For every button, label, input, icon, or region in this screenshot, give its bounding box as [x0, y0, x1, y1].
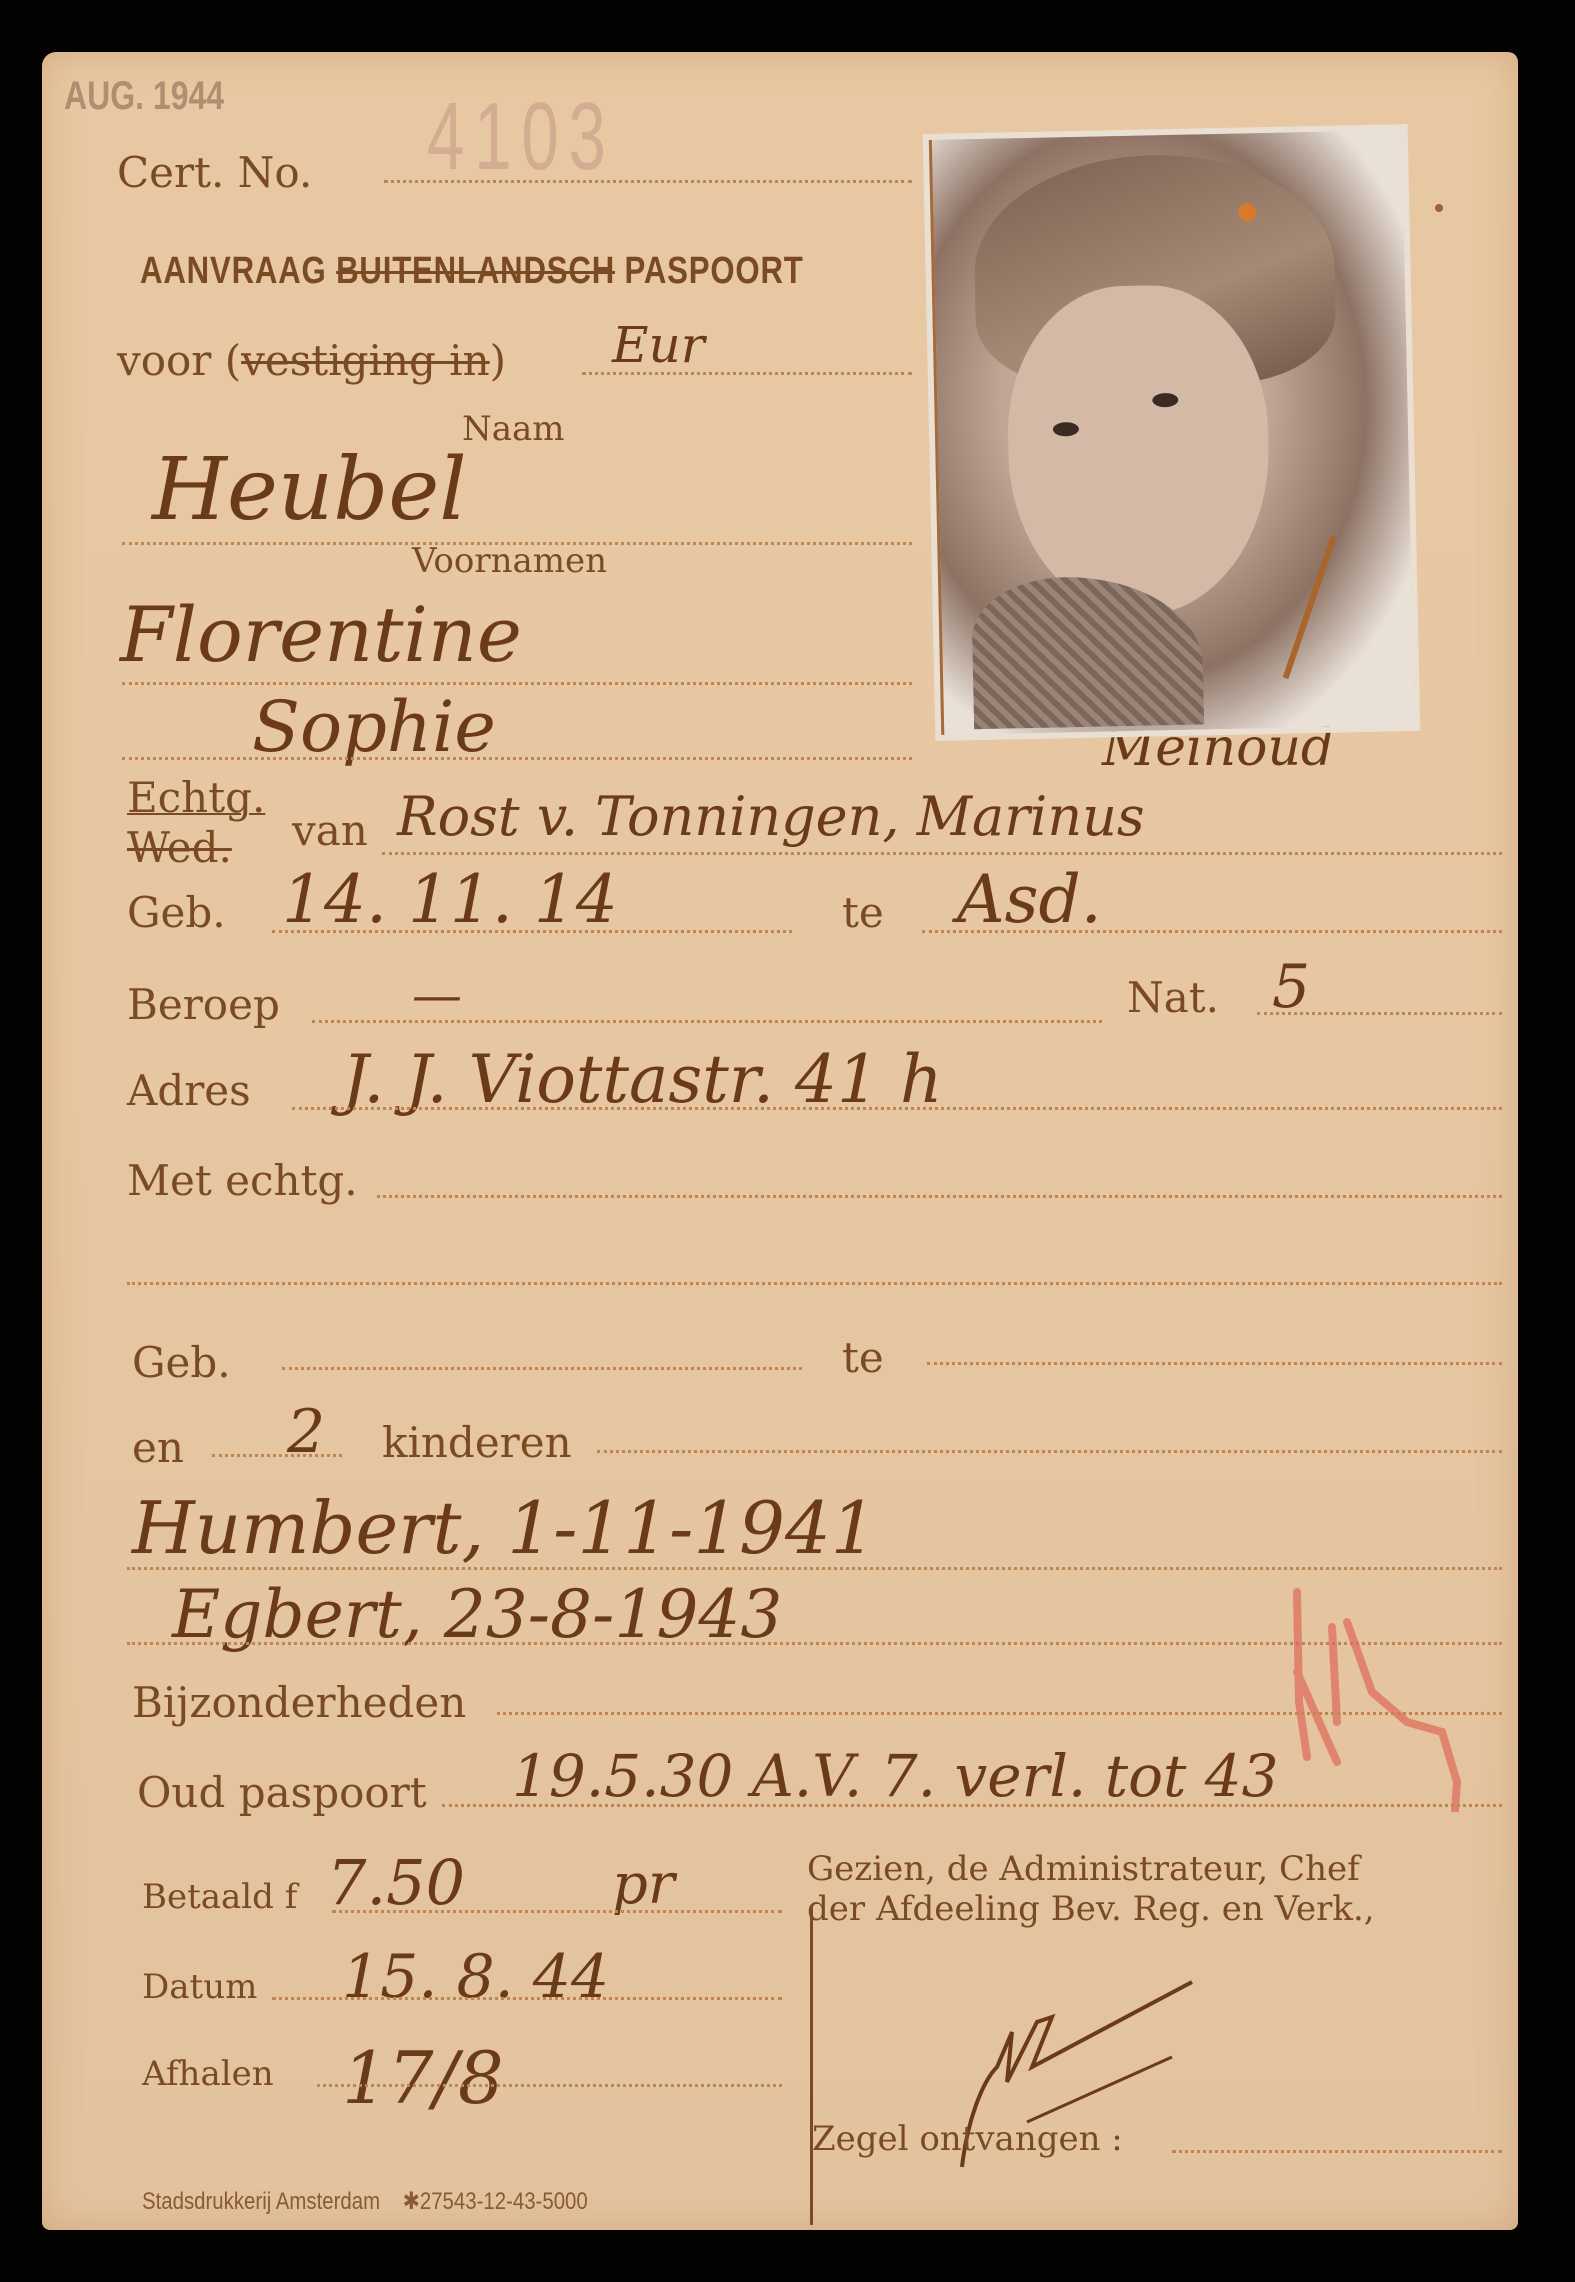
voornamen-line-1 — [122, 682, 912, 685]
child-2-entry: Egbert, 23-8-1943 — [172, 1582, 782, 1648]
voor-entry: Eur — [612, 320, 705, 370]
child-1-entry: Humbert, 1-11-1941 — [132, 1492, 877, 1564]
oud-paspoort-label: Oud paspoort — [137, 1772, 427, 1814]
form-code: ✱27543-12-43-5000 — [403, 2188, 588, 2215]
met-echtg-label: Met echtg. — [127, 1160, 358, 1202]
echtg-label: Echtg. — [127, 777, 265, 819]
kinderen-label: kinderen — [382, 1422, 572, 1464]
datum-label: Datum — [142, 1970, 257, 2004]
printer-name: Stadsdrukkerij Amsterdam — [142, 2188, 380, 2215]
gezien-line-2: der Afdeeling Bev. Reg. en Verk., — [807, 1892, 1375, 1926]
bijzonderheden-label: Bijzonderheden — [132, 1682, 466, 1724]
form-title: AANVRAAG BUITENLANDSCH PASPOORT — [140, 250, 804, 293]
echtg-line — [382, 852, 1502, 855]
wed-struck: Wed. — [127, 823, 232, 872]
oud-paspoort-entry: 19.5.30 A.V. 7. verl. tot 43 — [512, 1747, 1279, 1805]
printer-footer: Stadsdrukkerij Amsterdam ✱27543-12-43-50… — [142, 2187, 588, 2216]
geb-date-line — [272, 930, 792, 933]
date-stamp: AUG. 1944 — [64, 74, 224, 119]
afhalen-label: Afhalen — [142, 2057, 274, 2091]
paren-close: ) — [490, 336, 506, 385]
paren-open: ( — [225, 336, 241, 385]
zegel-label: Zegel ontvangen : — [812, 2122, 1123, 2156]
te2-label: te — [842, 1337, 884, 1379]
geb2-label: Geb. — [132, 1342, 231, 1384]
gezien-line-1: Gezien, de Administrateur, Chef — [807, 1852, 1360, 1886]
beroep-label: Beroep — [127, 984, 280, 1026]
paper-speck — [1435, 204, 1443, 212]
cert-number-stamp: 4103 — [427, 82, 616, 192]
betaald-line — [332, 1910, 782, 1913]
voornamen-entry-1: Florentine — [120, 597, 522, 673]
voornamen-line-2 — [122, 757, 912, 760]
passport-photo — [929, 130, 1414, 735]
nat-line — [1257, 1012, 1502, 1015]
echtg-entry: Rost v. Tonningen, Marinus — [397, 790, 1145, 844]
te-label: te — [842, 892, 884, 934]
adres-entry: J. J. Viottastr. 41 h — [342, 1047, 942, 1113]
beroep-line — [312, 1020, 1102, 1023]
red-crayon-mark — [1277, 1582, 1477, 1812]
voornamen-label: Voornamen — [412, 544, 607, 578]
geb-place-entry: Asd. — [957, 867, 1102, 933]
kinderen-count-line — [212, 1454, 342, 1457]
geb2-date-line — [282, 1367, 802, 1370]
voor-text: voor — [117, 336, 225, 385]
geb-place-line — [922, 930, 1502, 933]
wed-label: Wed. — [127, 827, 232, 869]
datum-line — [272, 1997, 782, 2000]
kinderen-line — [597, 1450, 1502, 1453]
afhalen-line — [317, 2084, 782, 2087]
geb-label: Geb. — [127, 892, 226, 934]
cert-no-line — [384, 180, 912, 183]
pen-mark — [1283, 535, 1337, 679]
betaald-initials: pr — [612, 1857, 675, 1913]
title-prefix: AANVRAAG — [140, 250, 336, 292]
van-label: van — [292, 810, 368, 852]
geb-date-entry: 14. 11. 14 — [282, 867, 618, 933]
betaald-entry: 7.50 — [327, 1852, 465, 1914]
adres-line — [292, 1107, 1502, 1110]
child-1-line — [127, 1567, 1502, 1570]
voornamen-entry-2: Sophie — [252, 692, 496, 762]
photo-face — [1005, 283, 1272, 618]
blank-line — [127, 1282, 1502, 1285]
afhalen-entry: 17/8 — [342, 2042, 504, 2114]
cert-no-label: Cert. No. — [117, 152, 312, 194]
nat-label: Nat. — [1127, 977, 1219, 1019]
zegel-line — [1172, 2150, 1502, 2153]
en-label: en — [132, 1427, 184, 1469]
kinderen-count-entry: 2 — [287, 1402, 325, 1462]
met-echtg-line — [377, 1195, 1502, 1198]
nat-entry: 5 — [1272, 957, 1310, 1017]
adres-label: Adres — [127, 1070, 251, 1112]
title-struck-word: BUITENLANDSCH — [336, 250, 615, 292]
beroep-entry: — — [412, 970, 462, 1020]
vestiging-in-struck: vestiging in — [241, 336, 490, 385]
naam-entry: Heubel — [152, 447, 467, 533]
column-divider — [810, 1907, 813, 2225]
naam-label: Naam — [462, 412, 565, 446]
bijzonderheden-line — [497, 1712, 1502, 1715]
betaald-label: Betaald f — [142, 1880, 297, 1914]
title-suffix: PASPOORT — [615, 250, 804, 292]
voor-line — [582, 372, 912, 375]
oud-paspoort-line — [442, 1804, 1502, 1807]
geb2-place-line — [927, 1362, 1502, 1365]
voor-label: voor (vestiging in) — [117, 340, 506, 382]
